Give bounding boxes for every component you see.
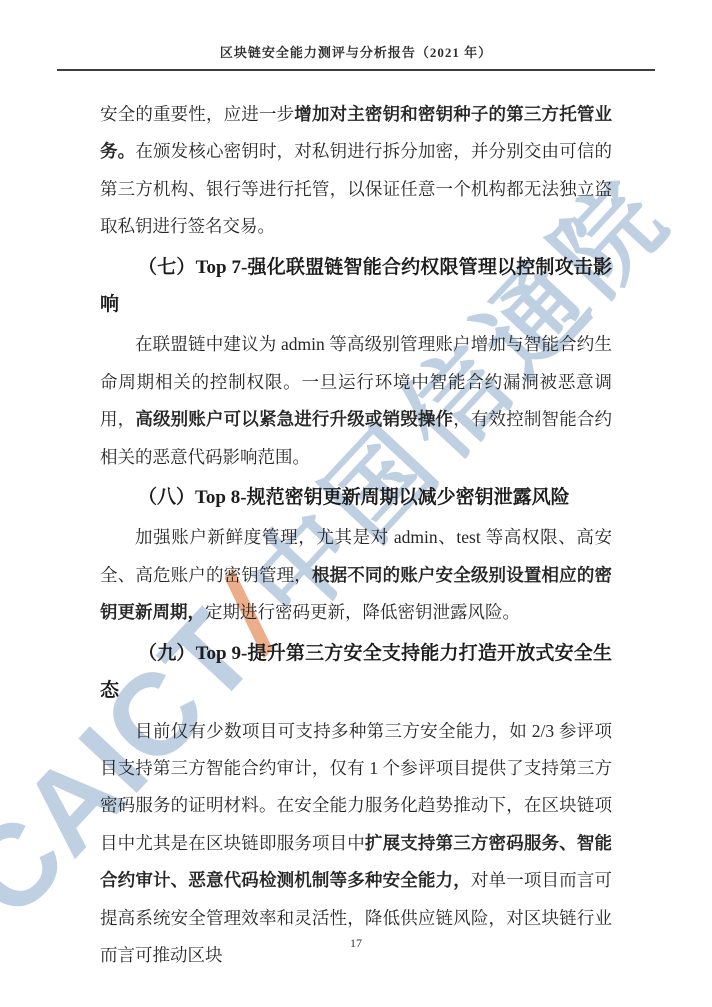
- text-run: 定期进行密码更新，降低密钥泄露风险。: [205, 602, 520, 622]
- page-footer: 17: [0, 936, 712, 951]
- page-number: 17: [350, 936, 362, 950]
- text-run-bold: 高级别账户可以紧急进行升级或销毁操作: [135, 409, 453, 429]
- paragraph-key-rotation: 加强账户新鲜度管理，尤其是对 admin、test 等高权限、高安全、高危账户的…: [100, 519, 612, 631]
- paragraph-consortium-permission: 在联盟链中建议为 admin 等高级别管理账户增加与智能合约生命周期相关的控制权…: [100, 326, 612, 476]
- section-heading-top7: （七）Top 7-强化联盟链智能合约权限管理以控制攻击影响: [100, 249, 612, 324]
- section-heading-top8: （八）Top 8-规范密钥更新周期以减少密钥泄露风险: [100, 479, 612, 516]
- report-title: 区块链安全能力测评与分析报告（2021 年）: [0, 0, 712, 61]
- text-run: 在颁发核心密钥时，对私钥进行拆分加密，并分别交由可信的第三方机构、银行等进行托管…: [100, 141, 612, 236]
- page-header: 区块链安全能力测评与分析报告（2021 年）: [0, 0, 712, 71]
- text-run: 安全的重要性，应进一步: [100, 104, 294, 124]
- header-divider: [57, 69, 655, 71]
- page-body: 安全的重要性，应进一步增加对主密钥和密钥种子的第三方托管业务。在颁发核心密钥时，…: [100, 96, 612, 974]
- document-page: CAICT/中国信通院 区块链安全能力测评与分析报告（2021 年） 安全的重要…: [0, 0, 712, 1007]
- paragraph-key-custody: 安全的重要性，应进一步增加对主密钥和密钥种子的第三方托管业务。在颁发核心密钥时，…: [100, 96, 612, 246]
- section-heading-top9: （九）Top 9-提升第三方安全支持能力打造开放式安全生态: [100, 635, 612, 710]
